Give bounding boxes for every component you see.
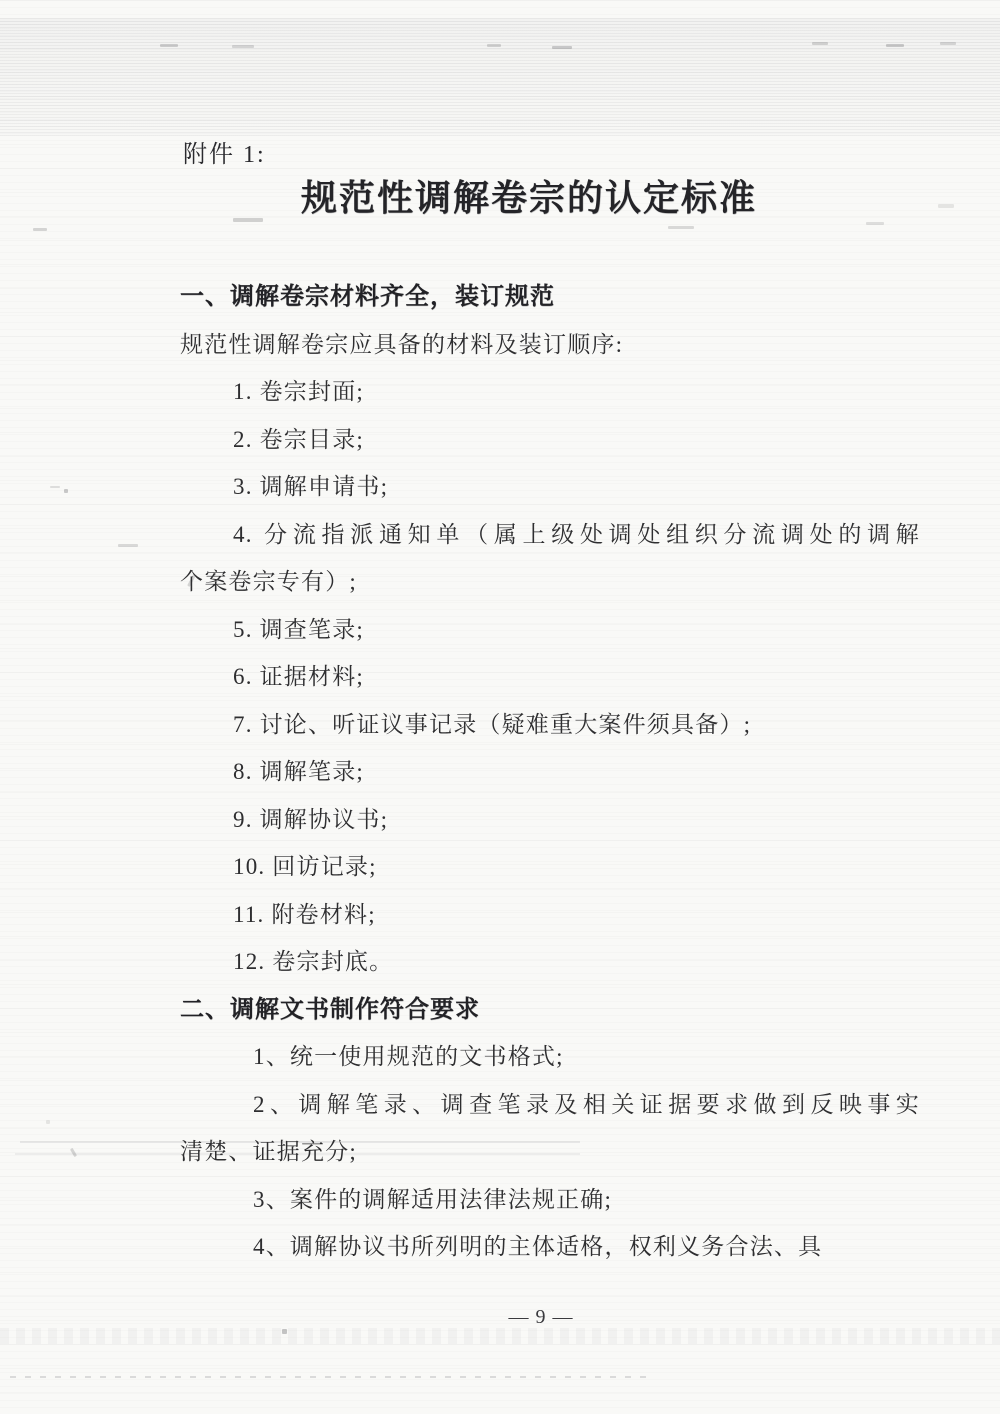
scan-artifact [282, 1329, 287, 1334]
scan-artifact [552, 46, 572, 49]
scan-artifact [64, 489, 68, 493]
scan-artifact [487, 44, 501, 47]
list-item: 1、统一使用规范的文书格式; [180, 1033, 920, 1081]
scan-artifact [33, 228, 47, 231]
list-item: 11. 附卷材料; [180, 891, 920, 939]
list-item: 3. 调解申请书; [180, 463, 920, 511]
scan-artifact [46, 1120, 50, 1124]
attachment-label: 附件 1: [183, 134, 266, 169]
scan-artifact [10, 1376, 650, 1378]
scan-artifact [160, 44, 178, 47]
page-number: — 9 — [82, 1306, 1000, 1329]
list-item: 1. 卷宗封面; [180, 368, 920, 416]
scan-noise-top-band [0, 18, 1000, 136]
section2-heading: 二、调解文书制作符合要求 [180, 986, 920, 1034]
document-title: 规范性调解卷宗的认定标准 [79, 170, 979, 221]
scan-artifact [668, 226, 694, 229]
list-item: 6. 证据材料; [180, 653, 920, 701]
scan-noise-bottom-band [0, 1328, 1000, 1344]
scan-artifact [812, 42, 828, 45]
list-item: 7. 讨论、听证议事记录（疑难重大案件须具备）; [180, 701, 920, 749]
list-item: 3、案件的调解适用法律法规正确; [180, 1176, 920, 1224]
list-item: 2、调解笔录、调查笔录及相关证据要求做到反映事实 [180, 1081, 920, 1129]
document-body: 一、调解卷宗材料齐全，装订规范 规范性调解卷宗应具备的材料及装订顺序: 1. 卷… [180, 273, 920, 1271]
list-item-continuation: 清楚、证据充分; [180, 1128, 920, 1176]
list-item: 4、调解协议书所列明的主体适格，权利义务合法、具 [180, 1223, 920, 1271]
scan-artifact [232, 45, 254, 48]
list-item: 9. 调解协议书; [180, 796, 920, 844]
list-item: 8. 调解笔录; [180, 748, 920, 796]
scan-artifact [866, 222, 884, 225]
list-item: 2. 卷宗目录; [180, 416, 920, 464]
scan-artifact [70, 1148, 77, 1157]
section1-intro: 规范性调解卷宗应具备的材料及装订顺序: [180, 321, 920, 369]
list-item: 4. 分流指派通知单（属上级处调处组织分流调处的调解 [180, 511, 920, 559]
section1-heading: 一、调解卷宗材料齐全，装订规范 [180, 273, 920, 321]
scan-artifact [118, 544, 138, 547]
scanned-document-page: 附件 1: 规范性调解卷宗的认定标准 一、调解卷宗材料齐全，装订规范 规范性调解… [0, 0, 1000, 1414]
scan-artifact [50, 486, 60, 488]
list-item: 5. 调查笔录; [180, 606, 920, 654]
scan-artifact [886, 44, 904, 47]
list-item: 10. 回访记录; [180, 843, 920, 891]
list-item: 12. 卷宗封底。 [180, 938, 920, 986]
scan-artifact [940, 42, 956, 45]
list-item-continuation: 个案卷宗专有）; [180, 558, 920, 606]
